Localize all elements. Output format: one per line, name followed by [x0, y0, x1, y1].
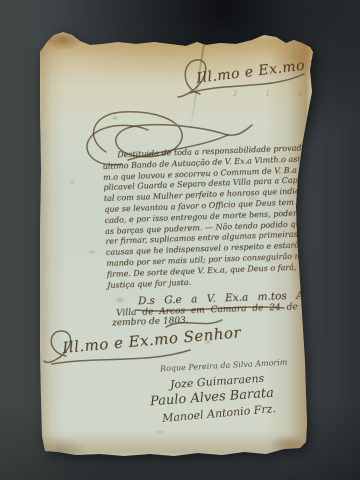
letter-body: Destituida de toda a responsabilidade pr…	[102, 143, 309, 291]
faint-pencil-marks: 2 1 6	[233, 90, 316, 98]
manuscript-photo: Ill.mo e Ex.mo Snr. 2 1 6 Destituida de …	[0, 0, 360, 480]
manuscript-paper: Ill.mo e Ex.mo Snr. 2 1 6 Destituida de …	[0, 0, 360, 480]
paper-shadow-wrap: Ill.mo e Ex.mo Snr. 2 1 6 Destituida de …	[0, 0, 360, 480]
